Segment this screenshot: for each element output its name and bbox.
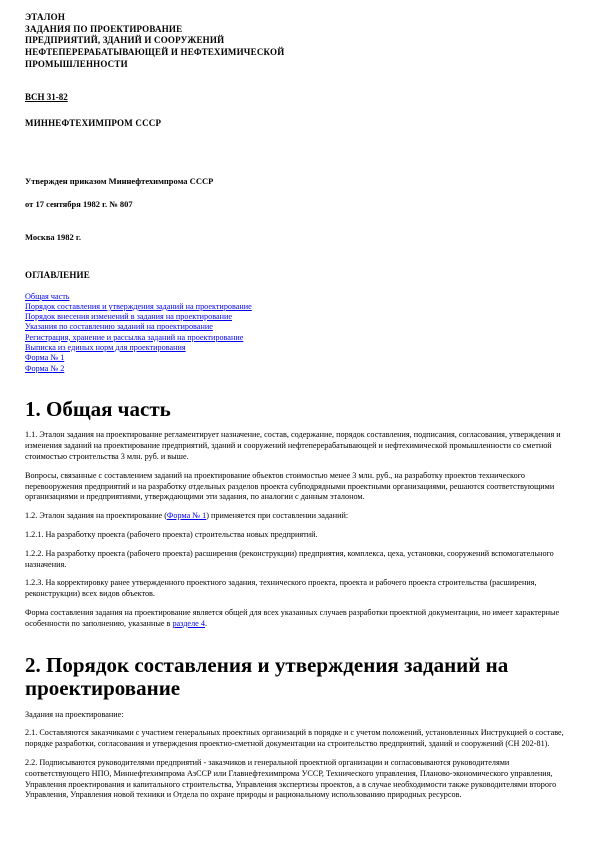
toc-link-ukazaniya[interactable]: Указания по составлению заданий на проек… xyxy=(25,322,213,331)
ministry-name: МИННЕФТЕХИМПРОМ СССР xyxy=(25,118,570,128)
toc-row: Выписка из единых норм для проектировани… xyxy=(25,343,570,353)
city-year-line: Москва 1982 г. xyxy=(25,232,570,242)
doc-title-line-2: ЗАДАНИЯ ПО ПРОЕКТИРОВАНИЕ xyxy=(25,24,570,36)
paragraph-2-1: 2.1. Составляются заказчиками с участием… xyxy=(25,728,570,750)
approval-line: Утвержден приказом Миннефтехимпрома СССР xyxy=(25,176,570,186)
doc-title-line-1: ЭТАЛОН xyxy=(25,12,570,24)
doc-title-line-4: НЕФТЕПЕРЕРАБАТЫВАЮЩЕЙ И НЕФТЕХИМИЧЕСКОЙ xyxy=(25,47,570,59)
toc-row: Форма № 1 xyxy=(25,353,570,363)
toc-link-obshchaya-chast[interactable]: Общая часть xyxy=(25,292,70,301)
paragraph-1-2-prefix: 1.2. Эталон задания на проектирование ( xyxy=(25,511,167,520)
toc-row: Указания по составлению заданий на проек… xyxy=(25,322,570,332)
toc-row: Форма № 2 xyxy=(25,364,570,374)
paragraph-1-2-1: 1.2.1. На разработку проекта (рабочего п… xyxy=(25,530,570,541)
toc-row: Порядок составления и утверждения задани… xyxy=(25,302,570,312)
section-1-heading: 1. Общая часть xyxy=(25,398,570,422)
paragraph-1-1: 1.1. Эталон задания на проектирование ре… xyxy=(25,430,570,462)
paragraph-zadaniya-intro: Задания на проектирование: xyxy=(25,710,570,721)
toc-link-registratsiya[interactable]: Регистрация, хранение и рассылка заданий… xyxy=(25,333,243,342)
doc-code: ВСН 31-82 xyxy=(25,92,68,102)
table-of-contents: Общая часть Порядок составления и утверж… xyxy=(25,292,570,374)
forma-1-inline-link[interactable]: Форма № 1 xyxy=(167,511,206,520)
toc-row: Регистрация, хранение и рассылка заданий… xyxy=(25,333,570,343)
toc-link-forma-2[interactable]: Форма № 2 xyxy=(25,364,64,373)
paragraph-1-2-3: 1.2.3. На корректировку ранее утвержденн… xyxy=(25,578,570,600)
paragraph-forma-prefix: Форма составления задания на проектирова… xyxy=(25,608,559,628)
doc-title: ЭТАЛОН ЗАДАНИЯ ПО ПРОЕКТИРОВАНИЕ ПРЕДПРИ… xyxy=(25,12,570,71)
toc-row: Порядок внесения изменений в задания на … xyxy=(25,312,570,322)
doc-title-line-5: ПРОМЫШЛЕННОСТИ xyxy=(25,59,570,71)
toc-heading: ОГЛАВЛЕНИЕ xyxy=(25,270,570,280)
paragraph-1-2-suffix: ) применяется при составлении заданий: xyxy=(206,511,348,520)
toc-link-poryadok-vneseniya[interactable]: Порядок внесения изменений в задания на … xyxy=(25,312,232,321)
paragraph-forma-suffix: . xyxy=(205,619,207,628)
razdel-4-inline-link[interactable]: разделе 4 xyxy=(172,619,204,628)
section-2-heading: 2. Порядок составления и утверждения зад… xyxy=(25,654,570,701)
paragraph-1-2-2: 1.2.2. На разработку проекта (рабочего п… xyxy=(25,549,570,571)
toc-link-poryadok-sostavleniya[interactable]: Порядок составления и утверждения задани… xyxy=(25,302,252,311)
paragraph-1-2: 1.2. Эталон задания на проектирование (Ф… xyxy=(25,511,570,522)
toc-row: Общая часть xyxy=(25,292,570,302)
paragraph-forma: Форма составления задания на проектирова… xyxy=(25,608,570,630)
approval-date-line: от 17 сентября 1982 г. № 807 xyxy=(25,199,570,209)
paragraph-2-2: 2.2. Подписываются руководителями предпр… xyxy=(25,758,570,801)
paragraph-voprosy: Вопросы, связанные с составлением задани… xyxy=(25,471,570,503)
document-page: ЭТАЛОН ЗАДАНИЯ ПО ПРОЕКТИРОВАНИЕ ПРЕДПРИ… xyxy=(0,0,595,842)
toc-link-vypiska[interactable]: Выписка из единых норм для проектировани… xyxy=(25,343,186,352)
toc-link-forma-1[interactable]: Форма № 1 xyxy=(25,353,64,362)
doc-title-line-3: ПРЕДПРИЯТИЙ, ЗДАНИЙ И СООРУЖЕНИЙ xyxy=(25,35,570,47)
